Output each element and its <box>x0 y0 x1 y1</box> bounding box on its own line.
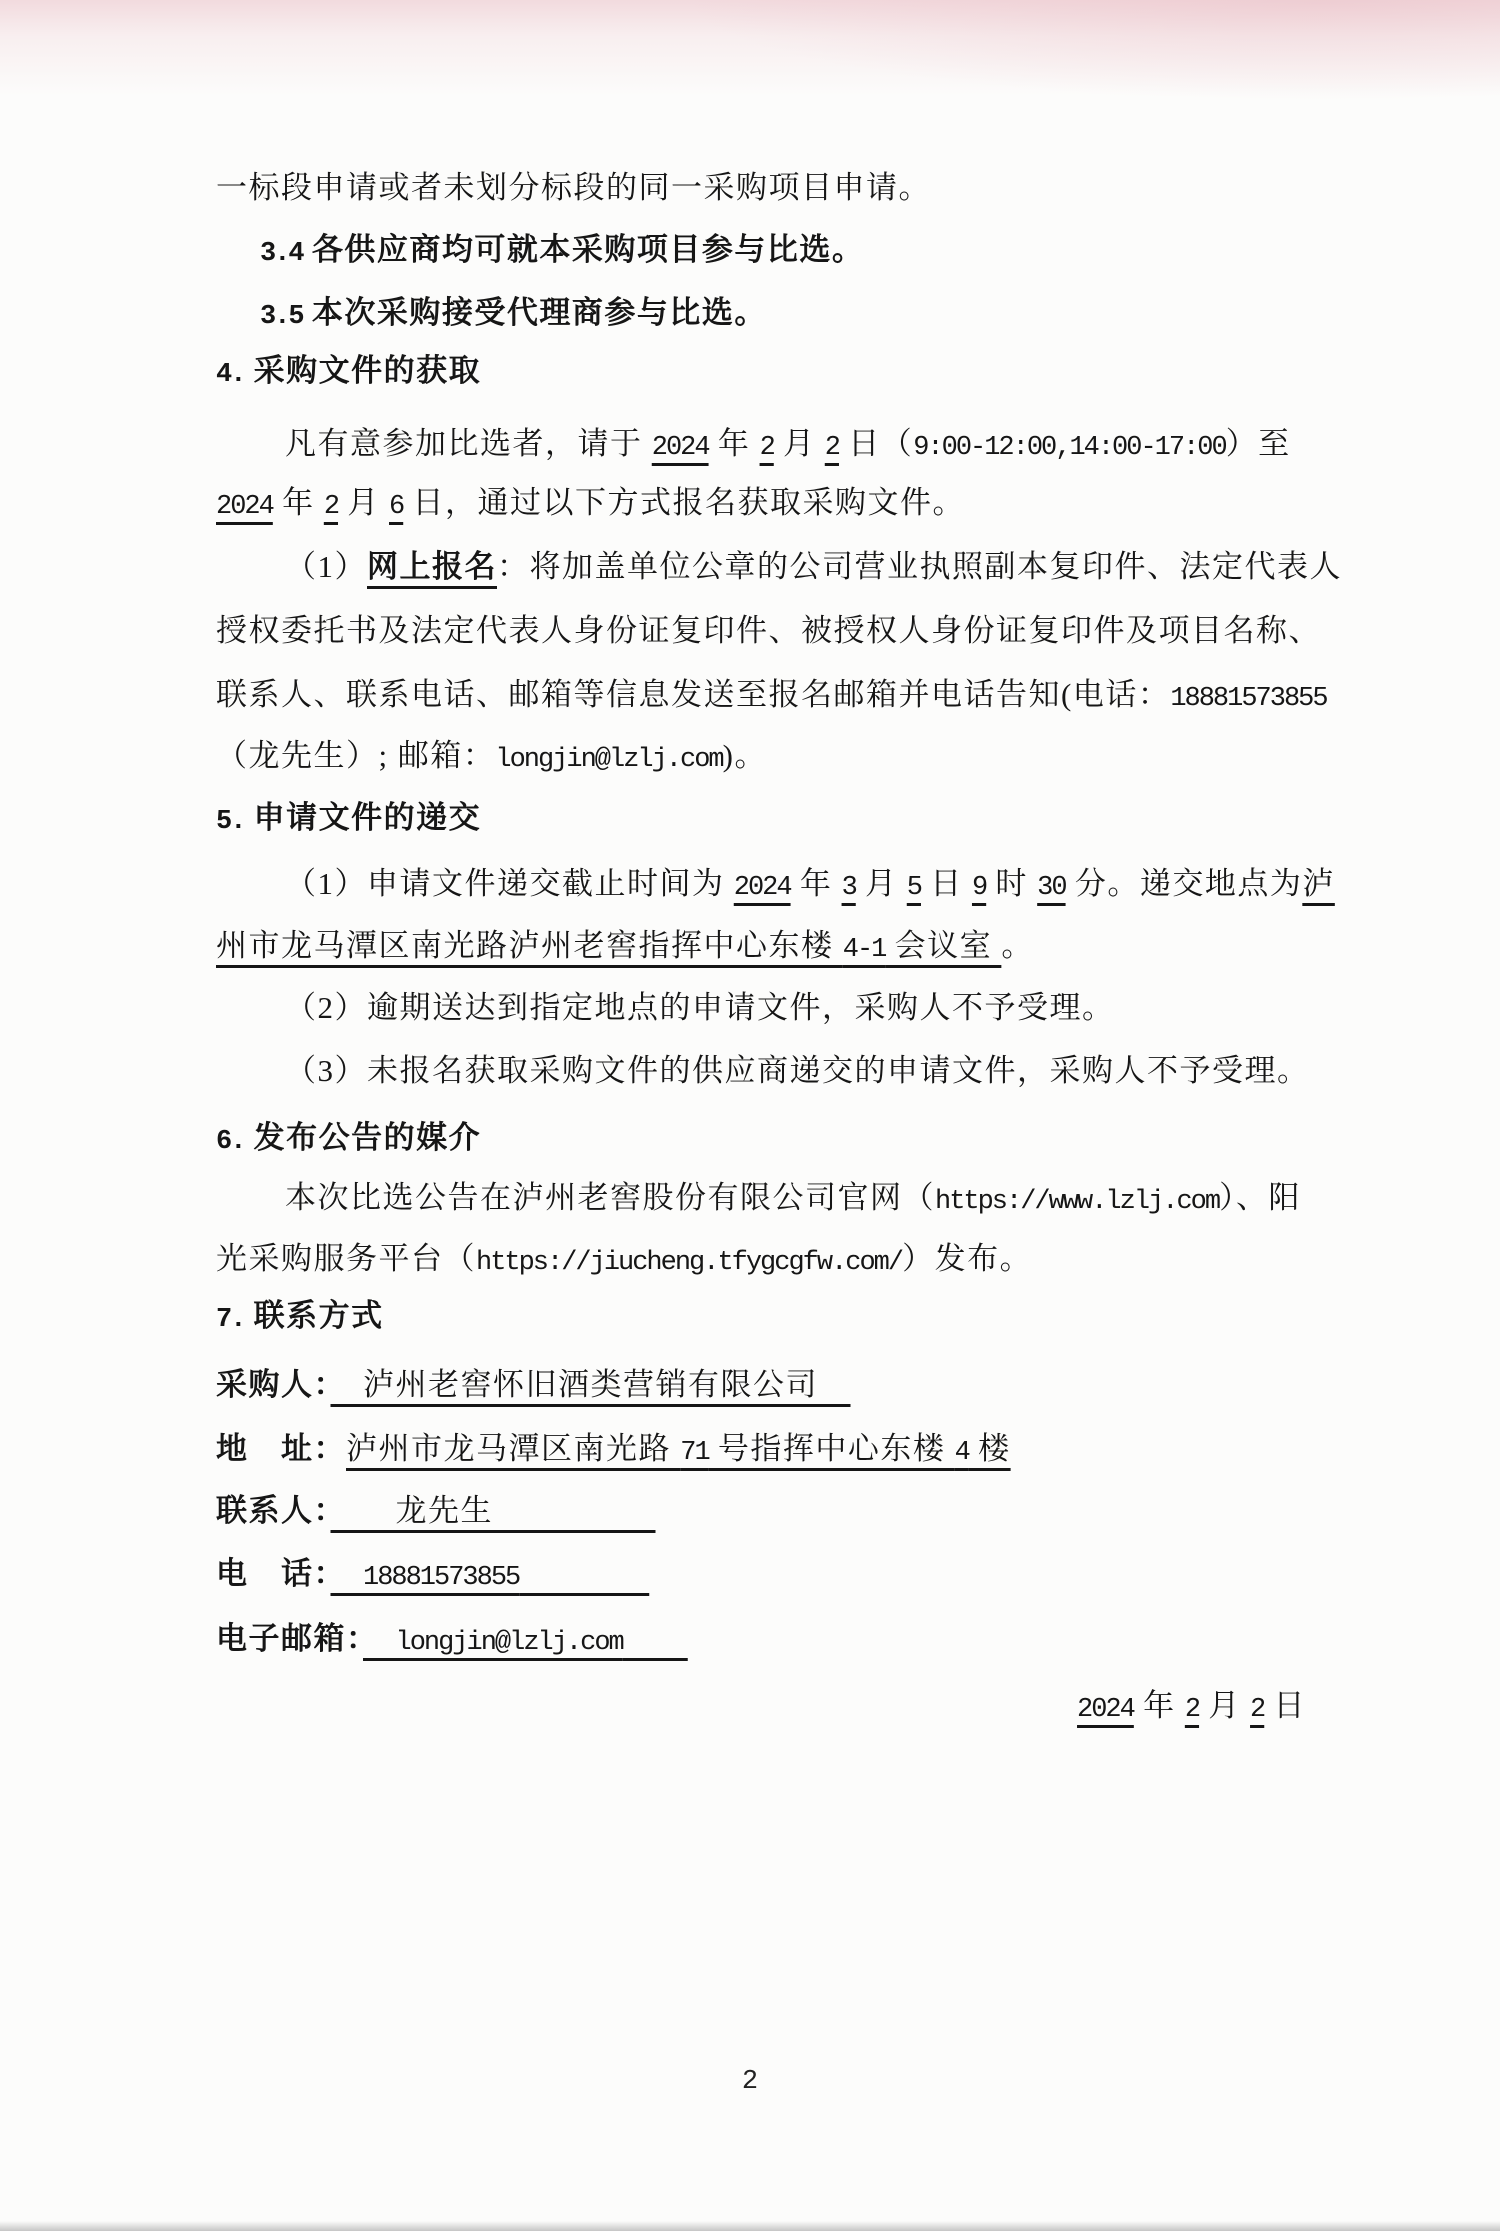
text-run: 月 <box>338 485 389 520</box>
text-run: 9:00-12:00,14:00-17:00 <box>913 433 1225 463</box>
para-media-1: 本次比选公告在泸州老窖股份有限公司官网（https://www.lzlj.com… <box>0 1166 1500 1229</box>
section-7-heading: 7. 联系方式 <box>0 1284 1500 1347</box>
text-run: 年 <box>791 866 842 901</box>
text-run: 日（ <box>839 426 913 461</box>
text-run: 6. <box>216 1127 244 1157</box>
text-run: 会议室 <box>885 928 1001 963</box>
text-run: 5. <box>216 807 244 837</box>
text-run: 71 <box>680 1438 708 1468</box>
text-run: 日 <box>921 866 972 901</box>
text-run: 4 <box>955 1438 969 1468</box>
text-run: ）发布。 <box>902 1241 1032 1276</box>
text-run: 5 <box>907 873 921 903</box>
text-run: 发布公告的媒介 <box>244 1120 481 1155</box>
text-run: 月 <box>1199 1688 1250 1723</box>
text-run: 3.5 <box>260 302 303 332</box>
text-run: longjin@lzlj.com <box>396 1628 623 1658</box>
text-run: 2 <box>825 433 839 463</box>
para-submission-3: （2）逾期送达到指定地点的申请文件，采购人不予受理。 <box>0 976 1500 1039</box>
text-run: 本次比选公告在泸州老窖股份有限公司官网（ <box>285 1180 935 1215</box>
contact-email: 电子邮箱： longjin@lzlj.com <box>0 1607 1500 1670</box>
text-run: 2 <box>324 492 338 522</box>
text-run: 月 <box>856 866 907 901</box>
text-run: 光采购服务平台（ <box>216 1241 476 1276</box>
contact-purchaser: 采购人： 泸州老窖怀旧酒类营销有限公司 <box>0 1353 1500 1416</box>
text-run: 凡有意参加比选者，请于 <box>285 426 652 461</box>
text-run: 年 <box>1134 1688 1185 1723</box>
text-run: 7. <box>216 1305 244 1335</box>
text-run: https://www.lzlj.com <box>935 1187 1219 1217</box>
text-run: longjin@lzlj.com <box>495 745 722 775</box>
text-run: 3.4 <box>260 239 303 269</box>
contact-person: 联系人： 龙先生 <box>0 1479 1500 1542</box>
text-run: 联系方式 <box>244 1298 383 1333</box>
text-run: 2024 <box>1077 1695 1134 1725</box>
clause-3-4: 3.4 各供应商均可就本采购项目参与比选。 <box>0 218 1500 281</box>
text-run: 本次采购接受代理商参与比选。 <box>303 295 767 330</box>
text-run: 2 <box>760 433 774 463</box>
text-run: 授权委托书及法定代表人身份证复印件、被授权人身份证复印件及项目名称、 <box>216 613 1321 648</box>
text-run: 电子邮箱： <box>216 1621 363 1656</box>
para-submission-4: （3）未报名获取采购文件的供应商递交的申请文件，采购人不予受理。 <box>0 1039 1500 1102</box>
date-line: 2024 年 2 月 2 日 <box>0 1674 1500 1737</box>
para-submission-2: 州市龙马潭区南光路泸州老窖指挥中心东楼 4-1 会议室 。 <box>0 914 1500 977</box>
para-online-signup-2: 授权委托书及法定代表人身份证复印件、被授权人身份证复印件及项目名称、 <box>0 599 1500 662</box>
text-run: 年 <box>273 485 324 520</box>
text-run: （1）申请文件递交截止时间为 <box>285 866 734 901</box>
text-run: 30 <box>1037 873 1065 903</box>
contact-phone: 电 话： 18881573855 <box>0 1542 1500 1605</box>
para-registration-2: 2024 年 2 月 6 日，通过以下方式报名获取采购文件。 <box>0 471 1500 534</box>
para-submission-1: （1）申请文件递交截止时间为 2024 年 3 月 5 日 9 时 30 分。递… <box>0 852 1500 915</box>
text-run: 18881573855 <box>363 1563 519 1593</box>
section-4-heading: 4. 采购文件的获取 <box>0 339 1500 402</box>
text-run: 6 <box>389 492 403 522</box>
text-run: 联系人、联系电话、邮箱等信息发送至报名邮箱并电话告知(电话： <box>216 677 1170 712</box>
text-run: 3 <box>842 873 856 903</box>
text-run: （1） <box>285 549 367 584</box>
para-online-signup-3: 联系人、联系电话、邮箱等信息发送至报名邮箱并电话告知(电话：1888157385… <box>0 663 1500 726</box>
scan-artifact-top <box>0 0 1500 120</box>
text-run: 日，通过以下方式报名获取采购文件。 <box>403 485 965 520</box>
para-media-2: 光采购服务平台（https://jiucheng.tfygcgfw.com/）发… <box>0 1227 1500 1290</box>
text-run: 4. <box>216 360 244 390</box>
text-run: 2 <box>1185 1695 1199 1725</box>
text-run: 申请文件的递交 <box>244 800 481 835</box>
scan-artifact-bottom <box>0 2221 1500 2231</box>
text-run: )。 <box>723 738 767 773</box>
text-run: 州市龙马潭区南光路泸州老窖指挥中心东楼 <box>216 928 843 963</box>
text-run: 号指挥中心东楼 <box>709 1431 955 1466</box>
para-continuation: 一标段申请或者未划分标段的同一采购项目申请。 <box>0 156 1500 219</box>
document-page: 一标段申请或者未划分标段的同一采购项目申请。3.4 各供应商均可就本采购项目参与… <box>0 0 1500 2231</box>
para-registration-1: 凡有意参加比选者，请于 2024 年 2 月 2 日（9:00-12:00,14… <box>0 412 1500 475</box>
text-run: 龙先生 <box>331 1493 656 1528</box>
text-run: （2）逾期送达到指定地点的申请文件，采购人不予受理。 <box>285 990 1115 1025</box>
text-run: ：将加盖单位公章的公司营业执照副本复印件、法定代表人 <box>497 549 1342 584</box>
text-run: 泸州市龙马潭区南光路 <box>346 1431 680 1466</box>
text-run: 月 <box>774 426 825 461</box>
text-run: 时 <box>986 866 1037 901</box>
text-run: 年 <box>709 426 760 461</box>
text-run: 2024 <box>652 433 709 463</box>
text-run: 楼 <box>969 1431 1011 1466</box>
text-run: 联系人： <box>216 1493 331 1528</box>
text-run <box>331 1556 364 1591</box>
text-run: ）至 <box>1226 426 1291 461</box>
text-run: ）、阳 <box>1219 1180 1301 1215</box>
text-run: 日 <box>1264 1688 1306 1723</box>
section-6-heading: 6. 发布公告的媒介 <box>0 1106 1500 1169</box>
page-number: 2 <box>0 2062 1500 2102</box>
clause-3-5: 3.5 本次采购接受代理商参与比选。 <box>0 281 1500 344</box>
text-run: 各供应商均可就本采购项目参与比选。 <box>303 232 865 267</box>
contact-address: 地 址：泸州市龙马潭区南光路 71 号指挥中心东楼 4 楼 <box>0 1417 1500 1480</box>
section-5-heading: 5. 申请文件的递交 <box>0 786 1500 849</box>
text-run: 9 <box>972 873 986 903</box>
text-run <box>363 1621 396 1656</box>
text-run: 泸 <box>1302 866 1335 901</box>
text-run: 2024 <box>216 492 273 522</box>
text-run: 一标段申请或者未划分标段的同一采购项目申请。 <box>216 170 931 205</box>
text-run: 电 话： <box>216 1556 331 1591</box>
text-run: 采购文件的获取 <box>244 353 481 388</box>
text-run: https://jiucheng.tfygcgfw.com/ <box>476 1248 902 1278</box>
text-run <box>519 1556 649 1591</box>
text-run: 18881573855 <box>1170 684 1326 714</box>
text-run: 采购人： <box>216 1367 331 1402</box>
text-run: 网上报名 <box>367 549 497 584</box>
text-run: 泸州老窖怀旧酒类营销有限公司 <box>331 1367 851 1402</box>
text-run: （龙先生）; 邮箱： <box>216 738 495 773</box>
text-run: （3）未报名获取采购文件的供应商递交的申请文件，采购人不予受理。 <box>285 1053 1310 1088</box>
text-run: 4-1 <box>843 935 886 965</box>
text-run: 地 址： <box>216 1431 346 1466</box>
para-online-signup-1: （1）网上报名：将加盖单位公章的公司营业执照副本复印件、法定代表人 <box>0 535 1500 598</box>
para-online-signup-4: （龙先生）; 邮箱：longjin@lzlj.com)。 <box>0 724 1500 787</box>
text-run: 2 <box>1250 1695 1264 1725</box>
text-run: 分。递交地点为 <box>1066 866 1303 901</box>
text-run: 2024 <box>734 873 791 903</box>
text-run: 。 <box>1001 928 1034 963</box>
text-run <box>623 1621 688 1656</box>
